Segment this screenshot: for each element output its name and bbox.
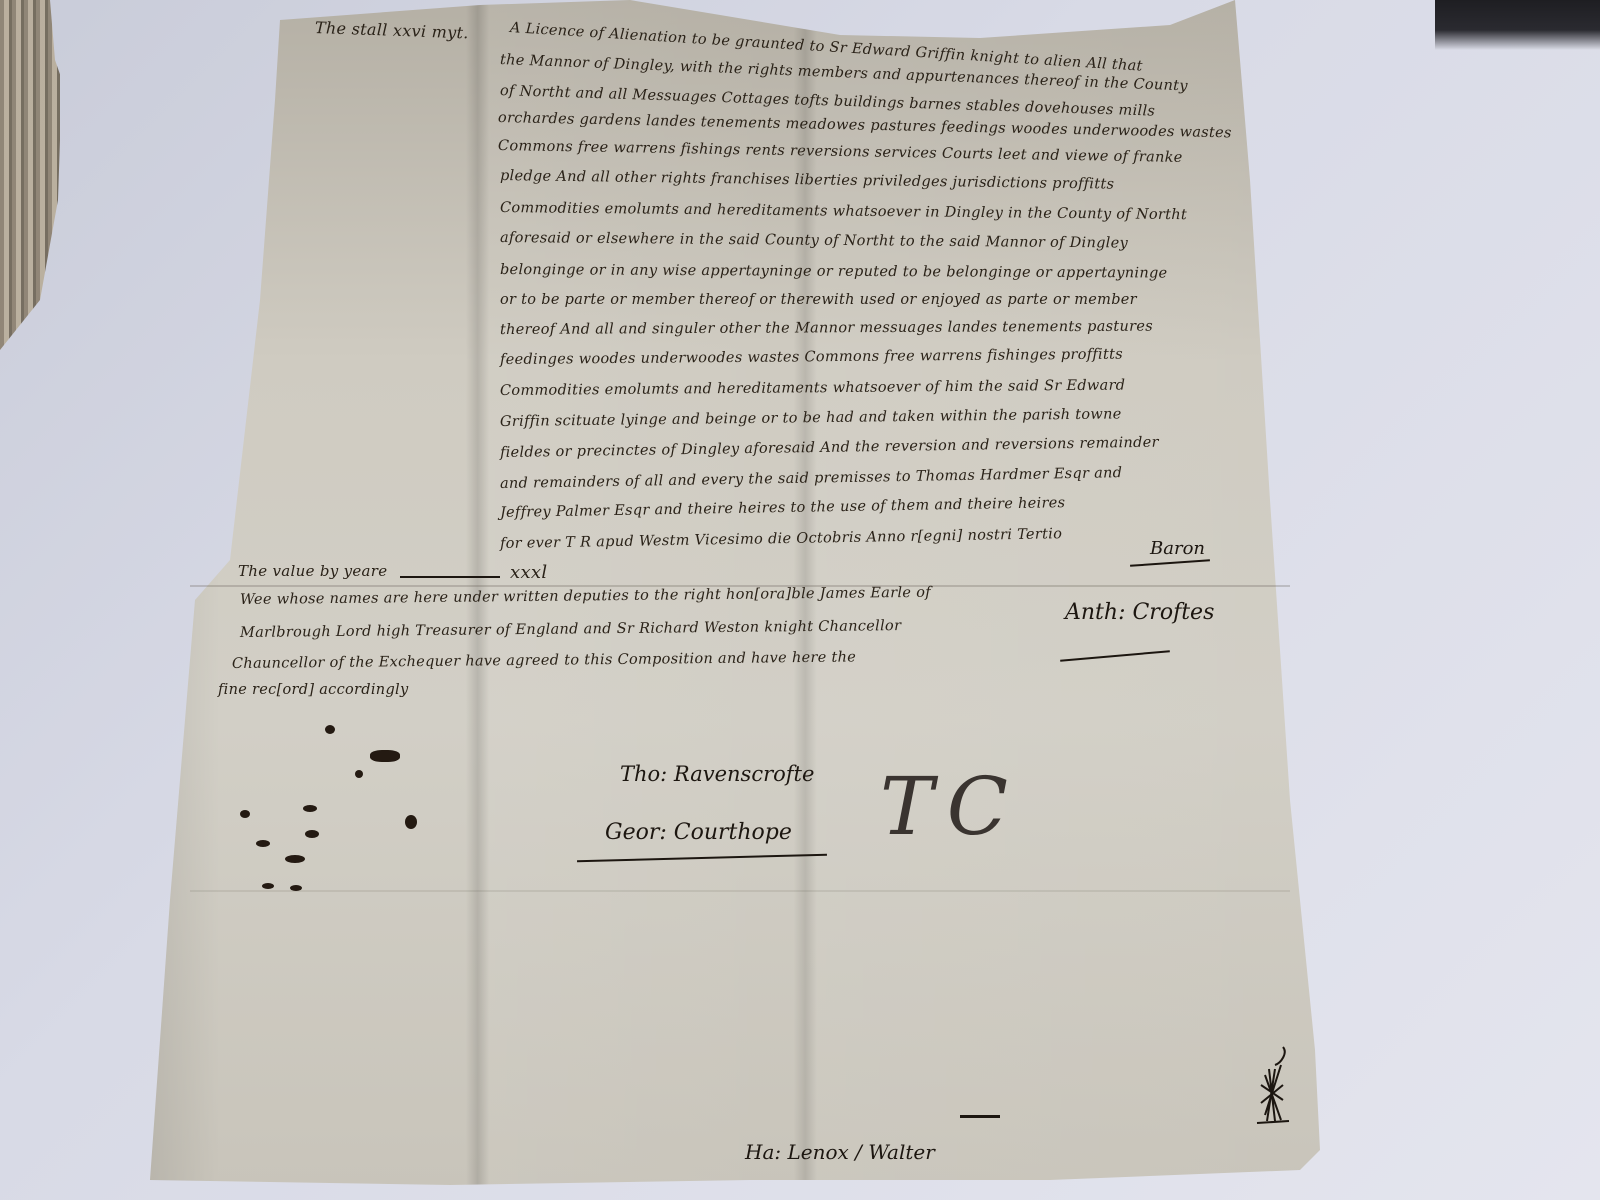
deputies-line: fine rec[ord] accordingly xyxy=(218,682,408,698)
signature-tc: T C xyxy=(880,760,1002,853)
value-amount: xxxl xyxy=(510,562,547,583)
body-line: or to be parte or member thereof or ther… xyxy=(500,292,1137,308)
value-rule xyxy=(400,576,500,578)
signature-croftes: Anth: Croftes xyxy=(1065,600,1214,625)
dark-object-shadow xyxy=(1435,0,1600,50)
signature-baron: Baron xyxy=(1150,538,1205,559)
body-line: thereof And all and singuler other the M… xyxy=(500,319,1153,338)
monogram-icon xyxy=(1255,1045,1290,1125)
dash-mark xyxy=(960,1115,1000,1118)
value-label: The value by yeare xyxy=(238,562,387,580)
signature-courthope: Geor: Courthope xyxy=(605,820,792,845)
monogram-flourish xyxy=(1255,1045,1290,1125)
fold-line xyxy=(190,890,1290,892)
signature-bottom: Ha: Lenox / Walter xyxy=(745,1140,935,1164)
signature-ravenscrofte: Tho: Ravenscrofte xyxy=(620,762,814,786)
